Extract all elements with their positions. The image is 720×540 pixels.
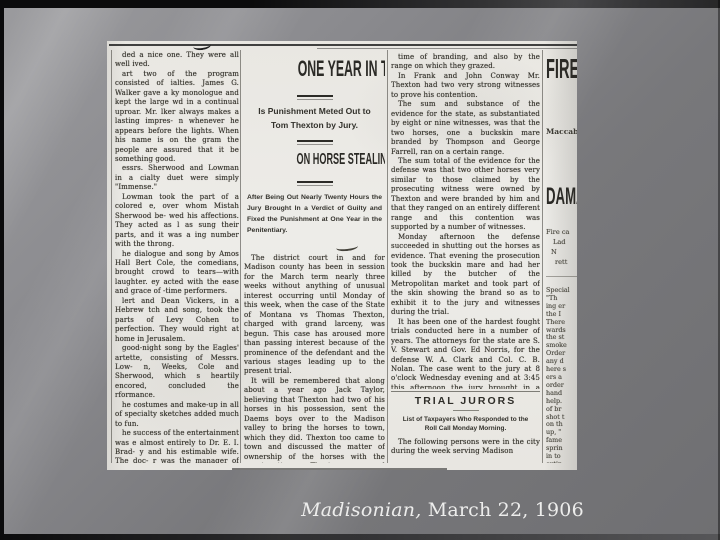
news-column-3: time of branding, and also by the range … (391, 51, 540, 463)
text-line: The district court in and for Madison co… (244, 254, 385, 377)
column-rule (387, 50, 388, 463)
story-body-column-2: The district court in and for Madison co… (244, 254, 385, 463)
text-line: he success of the entertainment was e al… (115, 429, 239, 463)
text-line: ded a nice one. They were all well ived. (115, 51, 239, 70)
text-line: art two of the program consisted of ialt… (115, 70, 239, 165)
deck-taxpayers-roll-call: List of Taxpayers Who Responded to the R… (391, 415, 540, 433)
headline-trial-jurors: TRIAL JURORS (391, 395, 540, 407)
news-column-4: FIRE Maccab DAMA Fire caLadNrett Special… (546, 51, 577, 463)
clipped-text-maccab: Maccab (546, 127, 577, 136)
scan-artifact-line (317, 48, 577, 49)
text-line: Lad (546, 237, 577, 247)
headline-text: ONE YEAR IN THE PEN (298, 56, 385, 82)
rule-divider (391, 391, 540, 392)
column-rule (542, 50, 543, 463)
clipped-text-fragments: Special"Thing erthe ITherewardsthe stsmo… (546, 287, 577, 463)
scan-smudge (232, 468, 447, 470)
text-line: N (546, 247, 577, 257)
text-line: The sum total of the evidence for the de… (391, 157, 540, 233)
headline-text: FIRE (546, 53, 577, 85)
text-line: time of branding, and also by the range … (391, 53, 540, 72)
slide-edge-left (0, 0, 4, 540)
text-line: Fire ca (546, 227, 577, 237)
story-body-after-trial-jurors: The following persons were in the city d… (391, 438, 540, 463)
headline-fire: FIRE (546, 53, 577, 85)
story-body-column-3: time of branding, and also by the range … (391, 53, 540, 389)
text-line: Lowman took the part of a colored e, ove… (115, 193, 239, 250)
text-line: essrs. Sherwood and Lowman in a cialty d… (115, 164, 239, 192)
presentation-slide: ded a nice one. They were all well ived.… (0, 0, 720, 540)
rule-divider (244, 181, 385, 186)
text-line: Monday afternoon the defense succeeded i… (391, 233, 540, 318)
text-line: In Frank and John Conway Mr. Thexton had… (391, 72, 540, 100)
text-line: The following persons were in the city d… (391, 438, 540, 457)
headline-text: DAMA (546, 183, 577, 211)
clipped-small-lines: Fire caLadNrett (546, 227, 577, 267)
headline-one-year-in-the-pen: ONE YEAR IN THE PEN (244, 56, 385, 82)
headline-text: ON HORSE STEALING CHARGE (297, 149, 385, 171)
text-line: It will be remembered that along about a… (244, 377, 385, 463)
column-rule (240, 50, 241, 463)
news-column-1: ded a nice one. They were all well ived.… (115, 51, 239, 463)
text-line: lert and Dean Vickers, in a Hebrew tch a… (115, 297, 239, 344)
slide-edge-top (0, 0, 720, 8)
scan-artifact-line (109, 44, 577, 46)
newspaper-clipping-image: ded a nice one. They were all well ived.… (107, 41, 577, 470)
text-line: he dialogue and song by Amos Hall Bert C… (115, 250, 239, 297)
deck-punishment-meted: Is Punishment Meted Out to Tom Thexton b… (244, 104, 385, 132)
text-line: extin (546, 461, 577, 463)
rule-divider (546, 276, 577, 277)
slide-edge-bottom (0, 534, 720, 540)
headline-horse-stealing-charge: ON HORSE STEALING CHARGE (244, 149, 385, 171)
caption-source-title: Madisonian, (301, 499, 421, 521)
text-line: It has been one of the hardest fought tr… (391, 318, 540, 389)
text-line: The sum and substance of the evidence fo… (391, 100, 540, 157)
headline-dama: DAMA (546, 183, 577, 211)
squiggle-divider (244, 243, 385, 251)
rule-divider (244, 140, 385, 145)
text-line: good-night song by the Eagles' artette, … (115, 344, 239, 401)
rule-divider (244, 95, 385, 100)
column-rule (111, 50, 112, 463)
pen-mark (192, 41, 211, 51)
text-line: he costumes and make-up in all of specia… (115, 401, 239, 429)
news-column-2: ONE YEAR IN THE PEN Is Punishment Meted … (244, 51, 385, 463)
rule-divider (391, 409, 540, 413)
slide-caption: Madisonian, March 22, 1906 (300, 499, 585, 521)
deck-jury-verdict: After Being Out Nearly Twenty Hours the … (244, 192, 385, 236)
caption-date: March 22, 1906 (421, 499, 583, 521)
text-line: rett (546, 257, 577, 267)
